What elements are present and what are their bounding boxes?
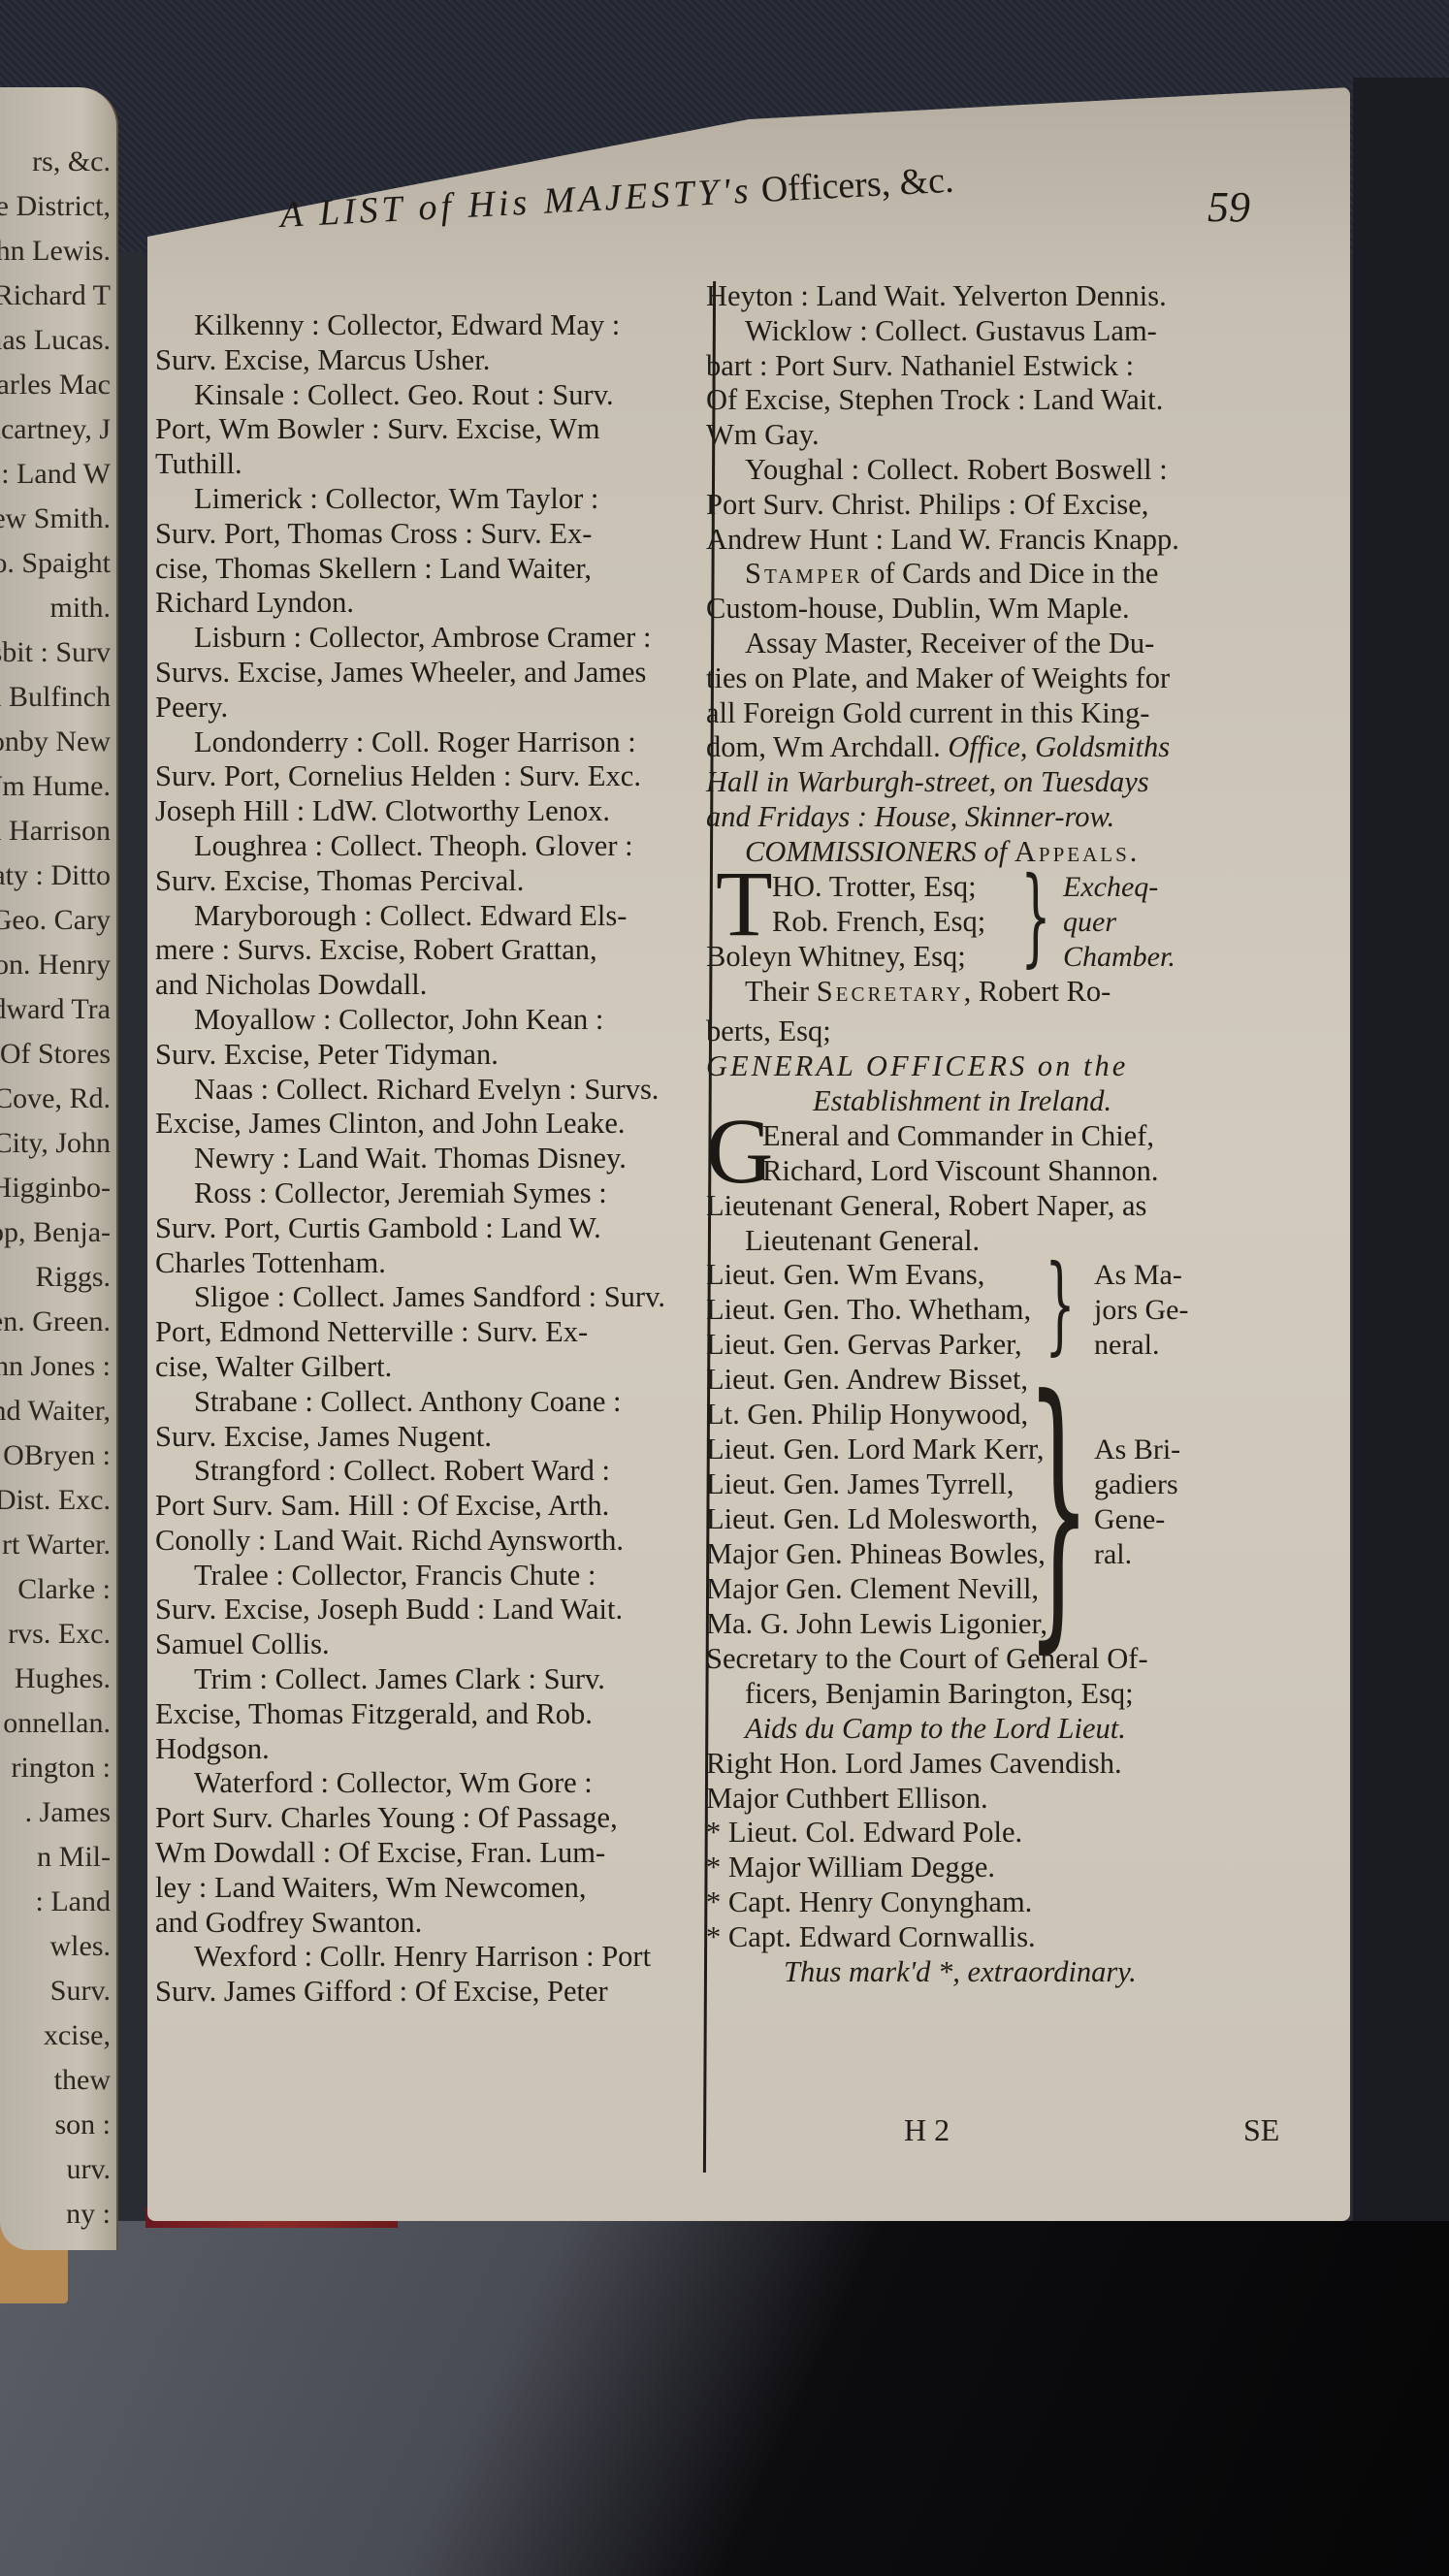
facing-page-text: at Cove, Rd. [0, 1082, 111, 1115]
brace-icon: } [1020, 862, 1051, 969]
customs-entry-line: Charles Tottenham. [155, 1246, 713, 1281]
aid-du-camp: * Lieut. Col. Edward Pole. [706, 1816, 1336, 1851]
customs-entry-line: Hodgson. [155, 1732, 713, 1767]
facing-page-text: xcise, [44, 2019, 111, 2052]
assay-entry-line: Hall in Warburgh-street, on Tuesdays [706, 765, 1336, 800]
facing-page-text: v. Geo. Spaight [0, 547, 111, 580]
rank-label: neral. [1094, 1328, 1159, 1363]
lieutenant-general-entry: Lieutenant General, Robert Naper, as [706, 1189, 1336, 1224]
officer-name: Major Gen. Clement Nevill, [706, 1572, 1039, 1607]
facing-page-text: thew [54, 2064, 111, 2097]
facing-page-text: Wm Hume. [0, 770, 111, 803]
facing-page-text: onnellan. [3, 1707, 111, 1740]
customs-entry-line: Joseph Hill : LdW. Clotworthy Lenox. [155, 794, 713, 829]
customs-entry-line: Surv. Excise, Thomas Percival. [155, 864, 713, 899]
right-column: Heyton : Land Wait. Yelverton Dennis.Wic… [706, 279, 1336, 1989]
customs-entry-line: Conolly : Land Wait. Richd Aynsworth. [155, 1524, 713, 1559]
facing-page-text: n. OBryen : [0, 1439, 111, 1472]
customs-entry-line: Waterford : Collector, Wm Gore : [155, 1766, 713, 1801]
customs-entry-line: cise, Thomas Skellern : Land Waiter, [155, 552, 713, 587]
customs-entry-line: Trim : Collect. James Clark : Surv. [155, 1662, 713, 1697]
officer-name: Major Gen. Phineas Bowles, [706, 1537, 1046, 1572]
page-number: 59 [1207, 182, 1250, 232]
customs-entry-line: cise, Walter Gilbert. [155, 1350, 713, 1385]
commander-entry: G Eneral and Commander in Chief, Richard… [706, 1119, 1336, 1189]
facing-page-text: Hen. Green. [0, 1305, 111, 1338]
fabric-background-bottom [0, 2221, 1449, 2576]
facing-page-text: napp, Benja- [0, 1216, 111, 1249]
customs-entries: Heyton : Land Wait. Yelverton Dennis.Wic… [706, 279, 1336, 557]
rank-label: Gene- [1094, 1502, 1165, 1537]
facing-page-text: , Hon. Henry [0, 949, 111, 982]
customs-entry-line: mere : Survs. Excise, Robert Grattan, [155, 933, 713, 968]
stamper-entry-cont: Custom-house, Dublin, Wm Maple. [706, 592, 1336, 627]
customs-entry-line: Of Excise, Stephen Trock : Land Wait. [706, 383, 1336, 418]
customs-entry-line: Surv. Port, Curtis Gambold : Land W. [155, 1211, 713, 1246]
assay-entry-line: Assay Master, Receiver of the Du- [706, 627, 1336, 661]
facing-page-text: Clarke : [17, 1573, 111, 1606]
customs-entry-line: Surv. Excise, James Nugent. [155, 1420, 713, 1455]
facing-page-text: larke : Land W [0, 458, 111, 491]
commissioner-name: Boleyn Whitney, Esq; [706, 940, 966, 975]
customs-entry-line: and Nicholas Dowdall. [155, 968, 713, 1003]
facing-page-text: o. Nesbit : Surv [0, 636, 111, 669]
facing-page-text: rt Warter. [2, 1529, 111, 1562]
customs-entry-line: Peery. [155, 691, 713, 725]
customs-entry-line: Kinsale : Collect. Geo. Rout : Surv. [155, 378, 713, 413]
signature-mark: H 2 [904, 2112, 950, 2148]
facing-page-text: Dist. Exc. [0, 1484, 111, 1517]
officer-name: Lieut. Gen. Tho. Whetham, [706, 1293, 1031, 1328]
customs-entry-line: Moyallow : Collector, John Kean : [155, 1003, 713, 1038]
customs-entry-line: Strangford : Collect. Robert Ward : [155, 1454, 713, 1489]
facing-page-text: rvs. Exc. [8, 1618, 111, 1651]
facing-page-text: Edward Tra [0, 993, 111, 1026]
rank-label: As Ma- [1094, 1258, 1182, 1293]
aid-du-camp: Major Cuthbert Ellison. [706, 1782, 1336, 1817]
officer-name: Ma. G. John Lewis Ligonier, [706, 1607, 1047, 1642]
customs-entry-line: Newry : Land Wait. Thomas Disney. [155, 1142, 713, 1176]
customs-entry-line: Survs. Excise, James Wheeler, and James [155, 656, 713, 691]
customs-entry-line: and Godfrey Swanton. [155, 1906, 713, 1941]
customs-entry-line: Maryborough : Collect. Edward Els- [155, 899, 713, 934]
facing-page-text: , Charles Mac [0, 369, 111, 402]
facing-page-text: Ponsonby New [0, 725, 111, 758]
customs-entry-line: Surv. James Gifford : Of Excise, Peter [155, 1975, 713, 2010]
running-head-subtitle: Officers, &c. [760, 160, 955, 210]
assay-entry-line: ties on Plate, and Maker of Weights for [706, 661, 1336, 696]
aid-du-camp: Right Hon. Lord James Cavendish. [706, 1747, 1336, 1782]
facing-page-text: ohn Jones : [0, 1350, 111, 1383]
officer-name: Lieut. Gen. James Tyrrell, [706, 1467, 1014, 1502]
assay-entry-line: and Fridays : House, Skinner-row. [706, 800, 1336, 835]
customs-entry-line: Surv. Port, Cornelius Helden : Surv. Exc… [155, 759, 713, 794]
facing-page-text: . Macartney, J [0, 413, 111, 446]
facing-page-strip: rs, &c.thlone District,ohn Lewis.ector, … [0, 87, 118, 2250]
customs-entry-line: Wicklow : Collect. Gustavus Lam- [706, 314, 1336, 349]
customs-entry-line: Samuel Collis. [155, 1627, 713, 1662]
facing-page-text: n Mil- [37, 1841, 111, 1874]
facing-page-text: Hughes. [15, 1662, 111, 1695]
commissioners-block: T HO. Trotter, Esq; Rob. French, Esq; Bo… [706, 870, 1336, 975]
facing-page-text: rington : [12, 1752, 112, 1785]
customs-entry-line: Port Surv. Charles Young : Of Passage, [155, 1801, 713, 1836]
customs-entry-line: Surv. Excise, Peter Tidyman. [155, 1038, 713, 1073]
facing-page-text: ector, Richard T [0, 279, 111, 312]
customs-entry-line: Richard Lyndon. [155, 586, 713, 621]
rank-label: jors Ge- [1094, 1293, 1188, 1328]
facing-page-text: thlone District, [0, 190, 111, 223]
customs-entry-line: Londonderry : Coll. Roger Harrison : [155, 725, 713, 760]
aid-du-camp: * Capt. Henry Conyngham. [706, 1885, 1336, 1920]
facing-page-text: mith. [49, 592, 111, 625]
assay-entry-line: dom, Wm Archdall. Office, Goldsmiths [706, 730, 1336, 765]
customs-entry-line: Tuthill. [155, 447, 713, 482]
customs-entry-line: Kilkenny : Collector, Edward May : [155, 308, 713, 343]
general-officers-subheading: Establishment in Ireland. [706, 1084, 1336, 1119]
facing-page-text: : Land [36, 1885, 111, 1918]
aids-heading: Aids du Camp to the Lord Lieut. [706, 1712, 1336, 1747]
commissioner-name: Rob. French, Esq; [772, 905, 985, 940]
facing-page-text: Wm Harrison [0, 815, 111, 848]
stamper-entry: Stamper of Cards and Dice in the [706, 557, 1336, 592]
facing-page-text: ohn Lewis. [0, 235, 111, 268]
customs-entry-line: Loughrea : Collect. Theoph. Glover : [155, 829, 713, 864]
facing-page-text: -City, John [0, 1127, 111, 1160]
officer-name: Lieut. Gen. Andrew Bisset, [706, 1363, 1028, 1398]
rank-label: As Bri- [1094, 1433, 1180, 1467]
catchword: SE [1243, 2112, 1279, 2148]
aid-du-camp: * Capt. Edward Cornwallis. [706, 1920, 1336, 1955]
facing-page-text: nd Waiter, [0, 1395, 111, 1428]
background-shadow-right [1353, 78, 1449, 2231]
customs-entry-line: Wm Gay. [706, 418, 1336, 453]
rank-label: gadiers [1094, 1467, 1178, 1502]
facing-page-text: m Higginbo- [0, 1172, 111, 1205]
commissioners-secretary-cont: berts, Esq; [706, 1014, 1336, 1049]
customs-entry-line: Youghal : Collect. Robert Boswell : [706, 453, 1336, 488]
general-officers-heading: GENERAL OFFICERS on the [706, 1049, 1336, 1084]
customs-entry-line: Port, Edmond Netterville : Surv. Ex- [155, 1315, 713, 1350]
court-secretary: Secretary to the Court of General Of- [706, 1642, 1336, 1677]
left-column: Kilkenny : Collector, Edward May :Surv. … [155, 308, 713, 2010]
dropcap-t: T [716, 868, 773, 940]
aids-du-camp-list: Right Hon. Lord James Cavendish.Major Cu… [706, 1747, 1336, 1955]
assay-master-entry: Assay Master, Receiver of the Du-ties on… [706, 627, 1336, 835]
facing-page-text: son : [54, 2109, 111, 2141]
customs-entry-line: Limerick : Collector, Wm Taylor : [155, 482, 713, 517]
facing-page-text: homas Lucas. [0, 324, 111, 357]
customs-entry-line: bart : Port Surv. Nathaniel Estwick : [706, 349, 1336, 384]
lieutenant-general-entry-cont: Lieutenant General. [706, 1224, 1336, 1259]
customs-entry-line: Heyton : Land Wait. Yelverton Dennis. [706, 279, 1336, 314]
assay-entry-line: all Foreign Gold current in this King- [706, 696, 1336, 731]
aid-du-camp: * Major William Degge. [706, 1851, 1336, 1885]
facing-page-text: wles. [50, 1930, 112, 1963]
customs-entry-line: Surv. Excise, Marcus Usher. [155, 343, 713, 378]
customs-entry-line: ley : Land Waiters, Wm Newcomen, [155, 1871, 713, 1906]
customs-entry-line: Port, Wm Bowler : Surv. Excise, Wm [155, 412, 713, 447]
customs-entry-line: Wm Dowdall : Of Excise, Fran. Lum- [155, 1836, 713, 1871]
facing-page-text: urv. [66, 2153, 111, 2186]
officer-name: Lieut. Gen. Wm Evans, [706, 1258, 984, 1293]
customs-entry-line: Naas : Collect. Richard Evelyn : Survs. [155, 1073, 713, 1108]
facing-page-text: d : Of Stores [0, 1038, 111, 1071]
facing-page-text: rs, &c. [32, 145, 111, 178]
facing-page-text: d John Bulfinch [0, 681, 111, 714]
rank-label: ral. [1094, 1537, 1132, 1572]
officer-name: Lieut. Gen. Gervas Parker, [706, 1328, 1022, 1363]
commissioner-name: HO. Trotter, Esq; [772, 870, 977, 905]
customs-entry-line: Strabane : Collect. Anthony Coane : [155, 1385, 713, 1420]
customs-entry-line: Lisburn : Collector, Ambrose Cramer : [155, 621, 713, 656]
customs-entry-line: Wexford : Collr. Henry Harrison : Port [155, 1940, 713, 1975]
officer-name: Lieut. Gen. Ld Molesworth, [706, 1502, 1038, 1537]
customs-entry-line: Excise, James Clinton, and John Leake. [155, 1107, 713, 1142]
customs-entry-line: Tralee : Collector, Francis Chute : [155, 1559, 713, 1594]
facing-page-text: ndrew Smith. [0, 502, 111, 535]
facing-page-text: Vr. Geo. Cary [0, 904, 111, 937]
officer-name: Lieut. Gen. Lord Mark Kerr, [706, 1433, 1045, 1467]
facing-page-text: Riggs. [35, 1261, 111, 1294]
customs-entry-line: Ross : Collector, Jeremiah Symes : [155, 1176, 713, 1211]
customs-entry-line: Andrew Hunt : Land W. Francis Knapp. [706, 523, 1336, 558]
customs-entry-line: Surv. Port, Thomas Cross : Surv. Ex- [155, 517, 713, 552]
extraordinary-note: Thus mark'd *, extraordinary. [706, 1955, 1336, 1990]
facing-page-text: . James [25, 1796, 111, 1829]
brigadiers-general-block: } Lieut. Gen. Andrew Bisset,Lt. Gen. Phi… [706, 1363, 1336, 1642]
majors-general-block: } Lieut. Gen. Wm Evans,Lieut. Gen. Tho. … [706, 1258, 1336, 1363]
court-secretary-cont: ficers, Benjamin Barington, Esq; [706, 1677, 1336, 1712]
customs-entry-line: Port Surv. Christ. Philips : Of Excise, [706, 488, 1336, 523]
facing-page-text: Surv. [50, 1975, 111, 2008]
customs-entry-line: Sligoe : Collect. James Sandford : Surv. [155, 1280, 713, 1315]
commissioners-secretary: Their Secretary, Robert Ro- [706, 975, 1336, 1010]
officer-name: Lt. Gen. Philip Honywood, [706, 1398, 1028, 1433]
customs-entry-line: Surv. Excise, Joseph Budd : Land Wait. [155, 1593, 713, 1627]
customs-entry-line: Excise, Thomas Fitzgerald, and Rob. [155, 1697, 713, 1732]
customs-entry-line: Port Surv. Sam. Hill : Of Excise, Arth. [155, 1489, 713, 1524]
facing-page-text: ny : [66, 2198, 111, 2231]
facing-page-text: Beaty : Ditto [0, 859, 111, 892]
